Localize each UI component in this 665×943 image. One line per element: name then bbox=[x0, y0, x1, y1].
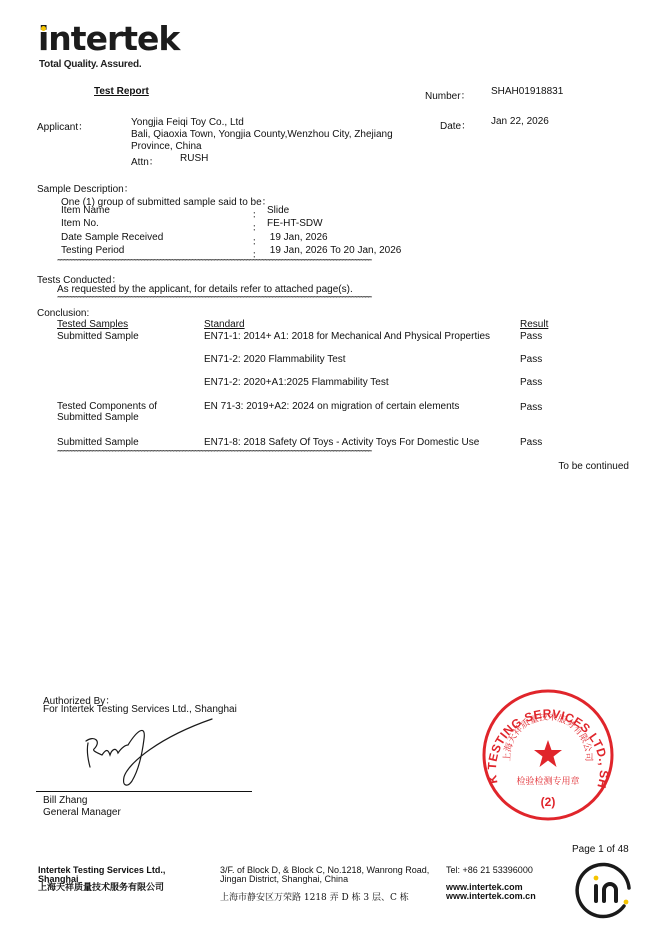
row-sample-line2: Submitted Sample bbox=[57, 412, 139, 423]
applicant-address-line2: Province, China bbox=[131, 141, 202, 152]
row-result: Pass bbox=[520, 331, 542, 342]
header-tested-samples: Tested Samples bbox=[57, 319, 128, 330]
date-label: Date： bbox=[440, 117, 471, 132]
company-seal-stamp: INTERTEK TESTING SERVICES LTD., SHANGHAI… bbox=[478, 688, 618, 822]
signature bbox=[80, 715, 220, 790]
row-sample: Submitted Sample bbox=[57, 437, 139, 448]
authorized-org: For Intertek Testing Services Ltd., Shan… bbox=[43, 704, 237, 715]
field-separator: ： bbox=[252, 219, 262, 234]
to-be-continued: To be continued bbox=[558, 461, 629, 472]
footer-address-cn: 上海市静安区万荣路 1218 弄 D 栋 3 层、C 栋 bbox=[220, 890, 409, 903]
separator-line: ****************************************… bbox=[57, 296, 629, 302]
field-label: Item No. bbox=[61, 218, 99, 229]
logo-tagline: Total Quality. Assured. bbox=[39, 59, 141, 70]
separator-line: ****************************************… bbox=[57, 259, 629, 265]
star-icon bbox=[534, 740, 562, 767]
footer-website-cn[interactable]: www.intertek.com.cn bbox=[446, 892, 536, 901]
row-standard: EN71-2: 2020 Flammability Test bbox=[204, 354, 346, 365]
stamp-outer-text: INTERTEK TESTING SERVICES LTD., SHANGHAI bbox=[478, 688, 611, 790]
field-value: Slide bbox=[267, 205, 289, 216]
signature-line bbox=[36, 791, 252, 792]
row-result: Pass bbox=[520, 402, 542, 413]
number-value: SHAH01918831 bbox=[491, 86, 563, 97]
svg-text:INTERTEK TESTING SERVICES LTD.: INTERTEK TESTING SERVICES LTD., SHANGHAI bbox=[478, 688, 611, 790]
row-standard: EN 71-3: 2019+A2: 2024 on migration of c… bbox=[204, 401, 459, 412]
conclusion-label: Conclusion: bbox=[37, 308, 89, 319]
footer-tel: Tel: +86 21 53396000 bbox=[446, 866, 533, 875]
header-result: Result bbox=[520, 319, 548, 330]
field-label: Testing Period bbox=[61, 245, 124, 256]
row-result: Pass bbox=[520, 437, 542, 448]
row-standard: EN71-1: 2014+ A1: 2018 for Mechanical An… bbox=[204, 331, 490, 342]
row-sample: Submitted Sample bbox=[57, 331, 139, 342]
attn-value: RUSH bbox=[180, 153, 208, 164]
row-standard: EN71-8: 2018 Safety Of Toys - Activity T… bbox=[204, 437, 479, 448]
footer-address-line2: Jingan District, Shanghai, China bbox=[220, 875, 348, 884]
applicant-name: Yongjia Feiqi Toy Co., Ltd bbox=[131, 117, 244, 128]
stamp-number: (2) bbox=[541, 795, 556, 809]
field-value: FE-HT-SDW bbox=[267, 218, 323, 229]
intertek-logo: intertek bbox=[38, 22, 179, 55]
signatory-name: Bill Zhang bbox=[43, 795, 87, 806]
row-result: Pass bbox=[520, 354, 542, 365]
tests-conducted-text: As requested by the applicant, for detai… bbox=[57, 284, 353, 295]
row-standard: EN71-2: 2020+A1:2025 Flammability Test bbox=[204, 377, 389, 388]
logo-accent-dot bbox=[41, 26, 46, 31]
footer-company-cn: 上海天祥质量技术服务有限公司 bbox=[38, 883, 164, 892]
applicant-label: Applicant： bbox=[37, 118, 88, 133]
signatory-title: General Manager bbox=[43, 807, 121, 818]
field-label: Item Name bbox=[61, 205, 110, 216]
field-value: 19 Jan, 2026 To 20 Jan, 2026 bbox=[267, 245, 401, 256]
intertek-in-logo-icon bbox=[574, 858, 636, 920]
report-title: Test Report bbox=[94, 86, 149, 97]
number-label: Number： bbox=[425, 87, 471, 102]
stamp-seal-text: 检验检测专用章 bbox=[516, 775, 579, 787]
field-value: 19 Jan, 2026 bbox=[267, 232, 328, 243]
date-value: Jan 22, 2026 bbox=[491, 116, 549, 127]
field-label: Date Sample Received bbox=[61, 232, 163, 243]
separator-line: ****************************************… bbox=[57, 450, 629, 456]
header-standard: Standard bbox=[204, 319, 245, 330]
page-number: Page 1 of 48 bbox=[572, 844, 629, 855]
applicant-address-line1: Bali, Qiaoxia Town, Yongjia County,Wenzh… bbox=[131, 129, 393, 140]
attn-label: Attn： bbox=[131, 153, 159, 168]
row-result: Pass bbox=[520, 377, 542, 388]
row-sample: Tested Components of bbox=[57, 401, 157, 412]
